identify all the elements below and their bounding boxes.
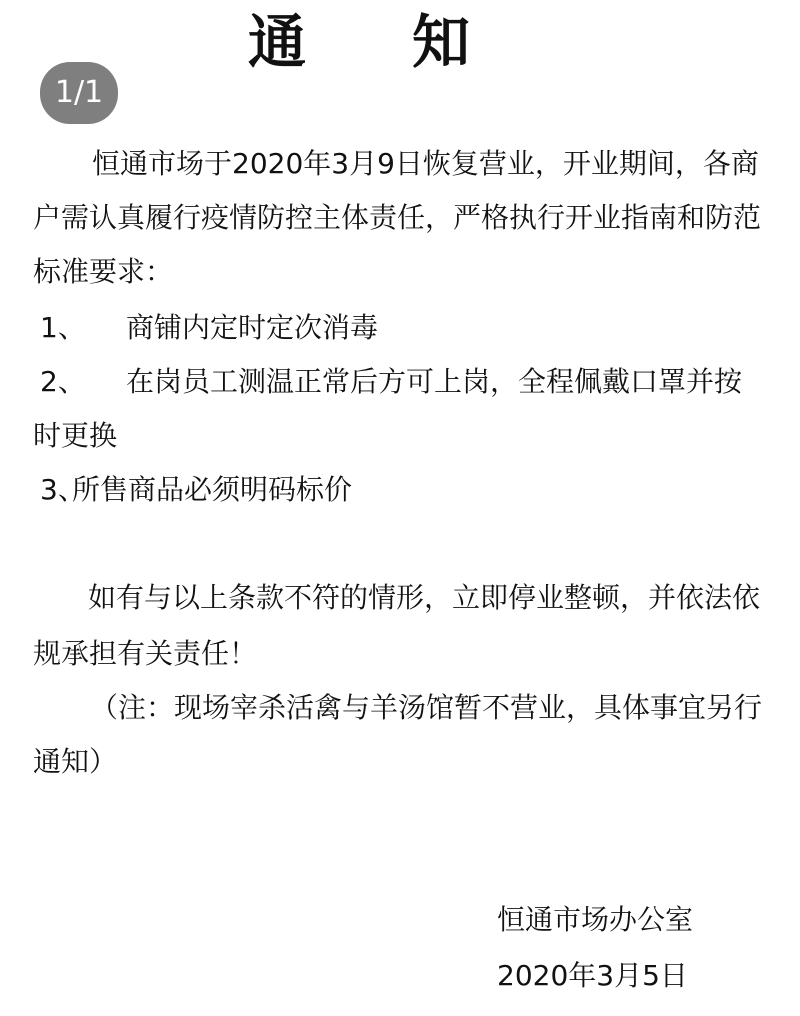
item-1-number: 1、 [40, 308, 86, 348]
notice-title: 通 知 [0, 2, 800, 82]
page-indicator-badge: 1/1 [40, 62, 118, 124]
item-1-text: 商铺内定时定次消毒 [126, 308, 378, 348]
signature-date: 2020年3月5日 [497, 956, 688, 996]
paragraph2-line-1: 如有与以上条款不符的情形，立即停业整顿，并依法依 [88, 578, 760, 618]
note-line-2: 通知） [33, 742, 117, 782]
note-line-1: （注：现场宰杀活禽与羊汤馆暂不营业，具体事宜另行 [90, 688, 762, 728]
signature-office: 恒通市场办公室 [497, 900, 693, 940]
paragraph1-line-3: 标准要求： [33, 252, 173, 292]
item-2-text-line-1: 在岗员工测温正常后方可上岗，全程佩戴口罩并按 [126, 362, 742, 402]
item-2-number: 2、 [40, 362, 86, 402]
paragraph1-line-1: 恒通市场于2020年3月9日恢复营业，开业期间，各商 [92, 144, 759, 184]
paragraph2-line-2: 规承担有关责任！ [33, 634, 257, 674]
title-char-2: 知 [412, 2, 470, 82]
paragraph1-line-2: 户需认真履行疫情防控主体责任，严格执行开业指南和防范 [33, 198, 761, 238]
title-char-1: 通 [248, 2, 306, 82]
item-2-text-line-2: 时更换 [33, 416, 117, 456]
item-3-text: 所售商品必须明码标价 [72, 470, 352, 510]
